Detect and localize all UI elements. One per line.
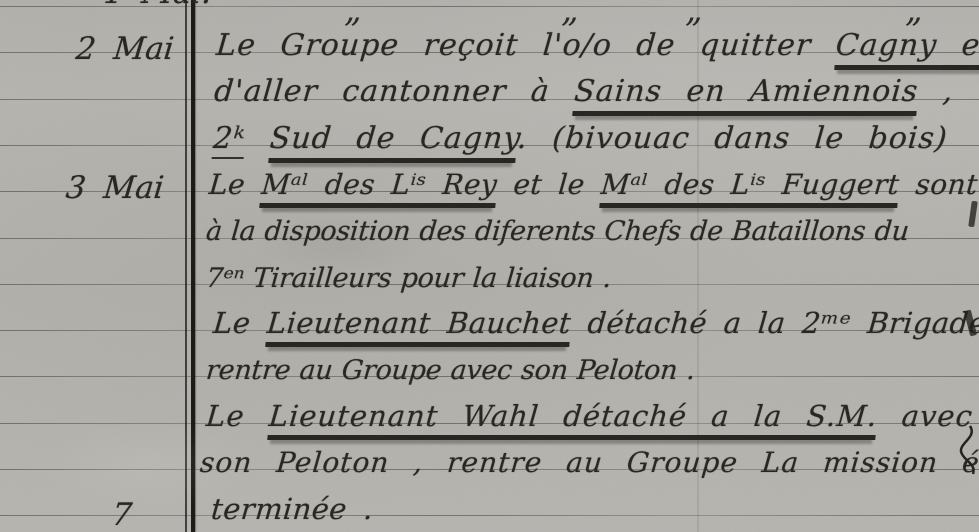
entry-text-line: Le Mᵃˡ des Lⁱˢ Rey et le Mᵃˡ des Lⁱˢ Fug…	[208, 171, 979, 199]
text-segment: terminée .	[210, 492, 375, 526]
text-segment: Le	[208, 168, 263, 201]
margin-rule-thin	[185, 0, 187, 532]
text-segment: ,	[917, 74, 955, 109]
journal-page: 1 Mai. „ „ „ „ Le Groupe reçoit l'o/o de…	[0, 0, 979, 532]
text-segment: 7ᵉⁿ Tirailleurs pour la liaison .	[205, 263, 613, 294]
ditto-mark: „	[344, 0, 362, 27]
entry-text-line: 2ᵏ Sud de Cagny. (bivouac dans le bois)	[212, 124, 949, 154]
entry-text-line: terminée .	[210, 495, 374, 524]
entry-date: 2 Mai	[74, 34, 175, 65]
date-partial-bottom: 7	[110, 500, 133, 531]
underlined-text: Lieutenant Bauchet	[265, 306, 573, 347]
text-segment: Le	[205, 399, 271, 433]
ditto-mark: „	[905, 0, 923, 27]
text-segment: Le Groupe reçoit l'o/o de quitter	[215, 28, 838, 63]
ditto-mark: „	[685, 0, 703, 27]
entry-text-line: à la disposition des diferents Chefs de …	[205, 218, 910, 245]
edge-ink-mark	[968, 201, 978, 228]
underlined-text: 2ᵏ	[212, 121, 247, 159]
date-partial-top: 1 Mai.	[102, 0, 213, 9]
ditto-mark: „	[561, 0, 579, 27]
entry-date: 3 Mai	[64, 173, 165, 204]
entry-text-line: son Peloton , rentre au Groupe La missio…	[199, 449, 979, 477]
entry-text-line: Le Groupe reçoit l'o/o de quitter Cagny …	[215, 31, 979, 61]
underlined-text: Mᵃˡ des Lⁱˢ Fuggert	[599, 168, 901, 208]
underlined-text: Sud de Cagny	[268, 121, 519, 163]
text-segment: détaché a la 2ᵐᵉ Brigade	[570, 306, 979, 340]
underlined-text: Cagny et	[834, 28, 979, 70]
text-segment: sont mis	[898, 168, 979, 201]
entry-text-line: Le Lieutenant Bauchet détaché a la 2ᵐᵉ B…	[212, 309, 979, 338]
underlined-text: Lieutenant Wahl détaché a la S.M.	[267, 399, 879, 440]
entry-text-line: rentre au Groupe avec son Peloton .	[205, 357, 696, 384]
entry-text-line: 7ᵉⁿ Tirailleurs pour la liaison .	[205, 265, 612, 292]
text-segment: rentre au Groupe avec son Peloton .	[205, 355, 696, 386]
text-segment: à la disposition des diferents Chefs de …	[205, 216, 910, 247]
entry-text-line: Le Lieutenant Wahl détaché a la S.M. ave…	[205, 402, 979, 431]
text-segment: d'aller cantonner à	[213, 74, 576, 109]
margin-rule-thick	[191, 0, 195, 532]
edge-ink-squiggle	[948, 424, 978, 476]
entry-text-line: d'aller cantonner à Sains en Amiennois ,	[213, 77, 955, 107]
text-segment: . (bivouac dans le bois)	[516, 121, 949, 156]
underlined-text: Mᵃˡ des Lⁱˢ Rey	[259, 168, 498, 208]
text-segment	[244, 121, 272, 156]
text-segment: et le	[496, 168, 603, 201]
ruled-line	[0, 515, 979, 516]
underlined-text: Sains en Amiennois	[572, 74, 920, 116]
text-segment: son Peloton , rentre au Groupe La missio…	[199, 446, 979, 479]
text-segment: Le	[212, 306, 269, 340]
